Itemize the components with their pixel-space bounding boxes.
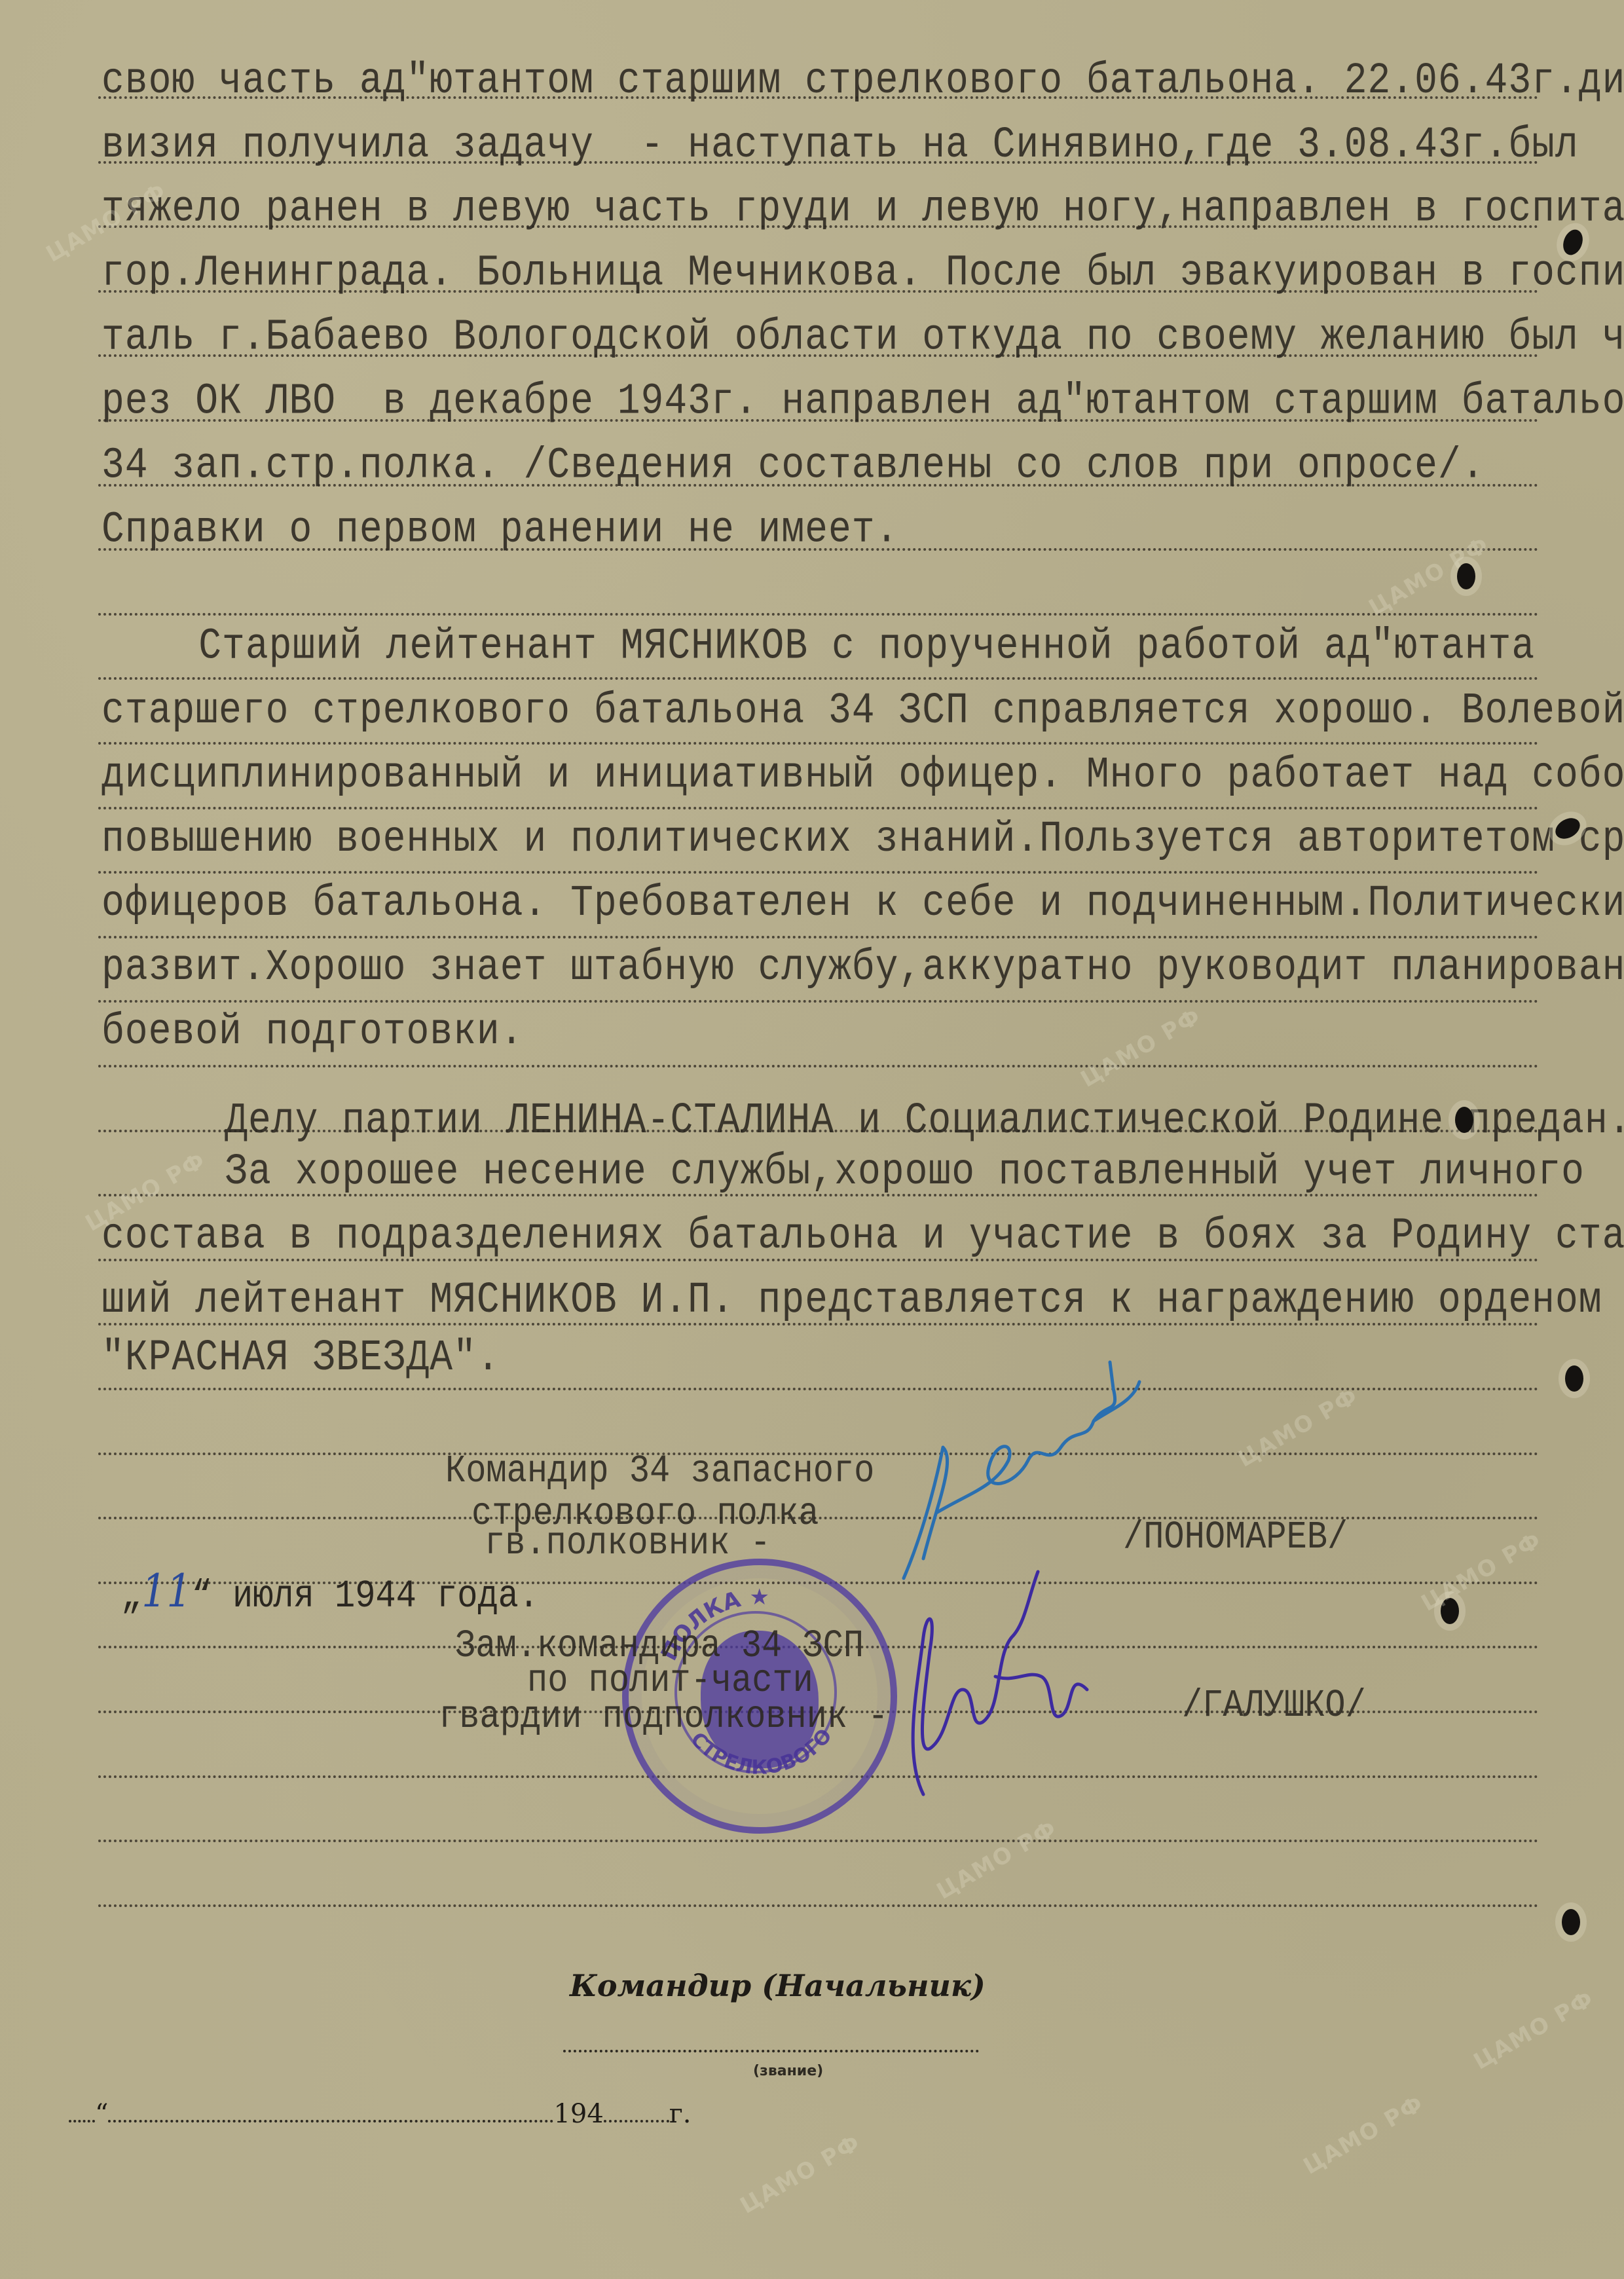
ruled-line <box>98 1000 1539 1003</box>
body-line: состава в подразделениях батальона и уча… <box>101 1215 1624 1259</box>
watermark: ЦАМО РФ <box>1469 1985 1599 2075</box>
body-line: За хорошее несение службы,хорошо поставл… <box>131 1151 1585 1195</box>
body-line: тяжело ранен в левую часть груди и левую… <box>101 188 1624 232</box>
ruled-line <box>98 1388 1539 1390</box>
body-line: свою часть ад"ютантом старшим стрелковог… <box>101 60 1624 103</box>
ruled-line <box>98 613 1539 616</box>
body-line: ший лейтенант МЯСНИКОВ И.П. представляет… <box>101 1279 1624 1323</box>
body-line: дисциплинированный и инициативный офицер… <box>101 754 1624 798</box>
ruled-line <box>98 807 1539 809</box>
ruled-line <box>98 1840 1539 1842</box>
ruled-line <box>98 1065 1539 1067</box>
deputy-name: /ГАЛУШКО/ <box>1182 1684 1366 1728</box>
deputy-title-line: гвардии подполковник - <box>439 1697 889 1737</box>
ruled-line <box>98 742 1539 745</box>
watermark: ЦАМО РФ <box>932 1815 1062 1904</box>
punch-hole <box>1455 1107 1473 1133</box>
commander-title-line: гв.полковник - <box>485 1524 771 1563</box>
body-line: офицеров батальона. Требователен к себе … <box>101 882 1624 926</box>
body-line: повышению военных и политических знаний.… <box>101 818 1624 862</box>
form-title-commander: Командир (Начальник) <box>570 1968 986 2003</box>
year-suffix: г. <box>669 2099 692 2129</box>
body-line: Справки о первом ранении не имеет. <box>101 509 898 553</box>
body-line: Старший лейтенант МЯСНИКОВ с порученной … <box>105 625 1535 669</box>
ruled-line <box>98 871 1539 874</box>
body-line: 34 зап.стр.полка. /Сведения составлены с… <box>101 445 1485 489</box>
open-quote: “ <box>95 2099 108 2129</box>
watermark: ЦАМО РФ <box>1077 1003 1206 1092</box>
rank-caption: (звание) <box>753 2063 823 2079</box>
body-line: боевой подготовки. <box>101 1010 524 1054</box>
form-date-field: “194г. <box>69 2099 691 2129</box>
watermark: ЦАМО РФ <box>736 2129 866 2219</box>
body-line: рез ОК ЛВО в декабре 1943г. направлен ад… <box>101 380 1624 424</box>
deputy-handwritten-signature <box>897 1559 1120 1807</box>
year-prefix: 194 <box>553 2099 603 2129</box>
body-line: Делу партии ЛЕНИНА-СТАЛИНА и Социалистич… <box>131 1100 1624 1143</box>
body-line: гор.Ленинграда. Больница Мечникова. Посл… <box>101 252 1624 296</box>
punch-hole <box>1565 1365 1583 1392</box>
body-line: визия получила задачу - наступать на Син… <box>101 124 1579 168</box>
signing-date: „11“ июля 1944 года. <box>121 1565 539 1619</box>
signing-month-year: июля 1944 года. <box>232 1574 539 1618</box>
signing-day: 11 <box>141 1565 191 1618</box>
punch-hole <box>1562 1909 1580 1935</box>
watermark: ЦАМО РФ <box>1234 1382 1363 1472</box>
ruled-line <box>98 1904 1539 1907</box>
commander-handwritten-signature <box>897 1362 1225 1585</box>
body-line: "КРАСНАЯ ЗВЕЗДА". <box>101 1337 500 1380</box>
rank-signature-rule <box>563 2050 979 2052</box>
body-line: развит.Хорошо знает штабную службу,аккур… <box>101 946 1624 990</box>
body-line: старшего стрелкового батальона 34 ЗСП сп… <box>101 690 1624 733</box>
ruled-line <box>98 936 1539 938</box>
body-line: таль г.Бабаево Вологодской области откуд… <box>101 316 1624 360</box>
commander-title-line: Командир 34 запасного <box>445 1452 874 1491</box>
watermark: ЦАМО РФ <box>1299 2090 1429 2179</box>
ruled-line <box>98 677 1539 680</box>
watermark: ЦАМО РФ <box>1417 1527 1547 1616</box>
